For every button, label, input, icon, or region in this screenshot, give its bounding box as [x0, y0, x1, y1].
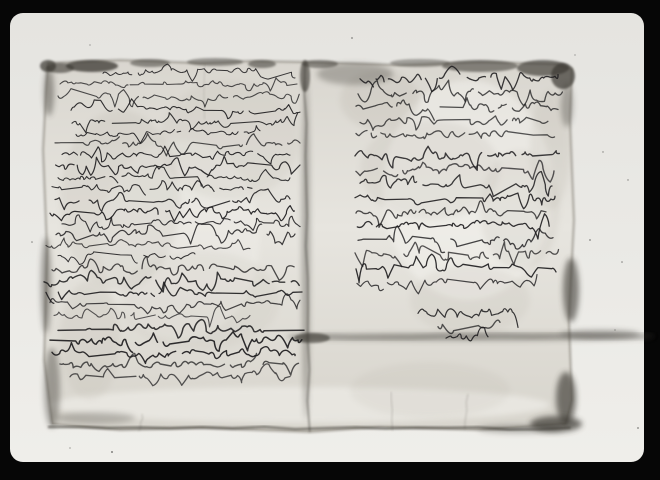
ink-stain: [317, 63, 393, 85]
dust-speck: [89, 44, 90, 45]
ink-stain: [442, 60, 518, 72]
archival-scan-canvas: [0, 0, 660, 480]
dust-speck: [614, 329, 615, 330]
water-stain: [410, 265, 530, 335]
scan-background: { "scene": { "colors": { "background": "…: [0, 0, 660, 480]
ink-stain: [561, 83, 573, 127]
dust-speck: [69, 447, 70, 448]
dust-speck: [574, 54, 575, 55]
water-stain: [350, 362, 510, 418]
ink-stain: [44, 68, 54, 116]
dust-speck: [351, 37, 353, 39]
ink-stain: [563, 258, 579, 322]
dust-speck: [627, 179, 628, 180]
dust-speck: [589, 239, 591, 241]
ink-stain: [187, 58, 243, 66]
ink-stain: [66, 60, 118, 72]
ink-stain: [390, 59, 450, 67]
dust-speck: [602, 151, 603, 152]
ink-stain: [55, 412, 135, 424]
dust-speck: [637, 427, 639, 429]
dust-speck: [111, 451, 113, 453]
dust-speck: [31, 241, 33, 243]
dust-speck: [621, 261, 623, 263]
ink-stain: [560, 330, 640, 338]
ink-stain: [478, 425, 562, 433]
ink-stain: [248, 60, 276, 68]
manuscript-scan: [0, 0, 660, 480]
ink-stain: [302, 80, 310, 420]
